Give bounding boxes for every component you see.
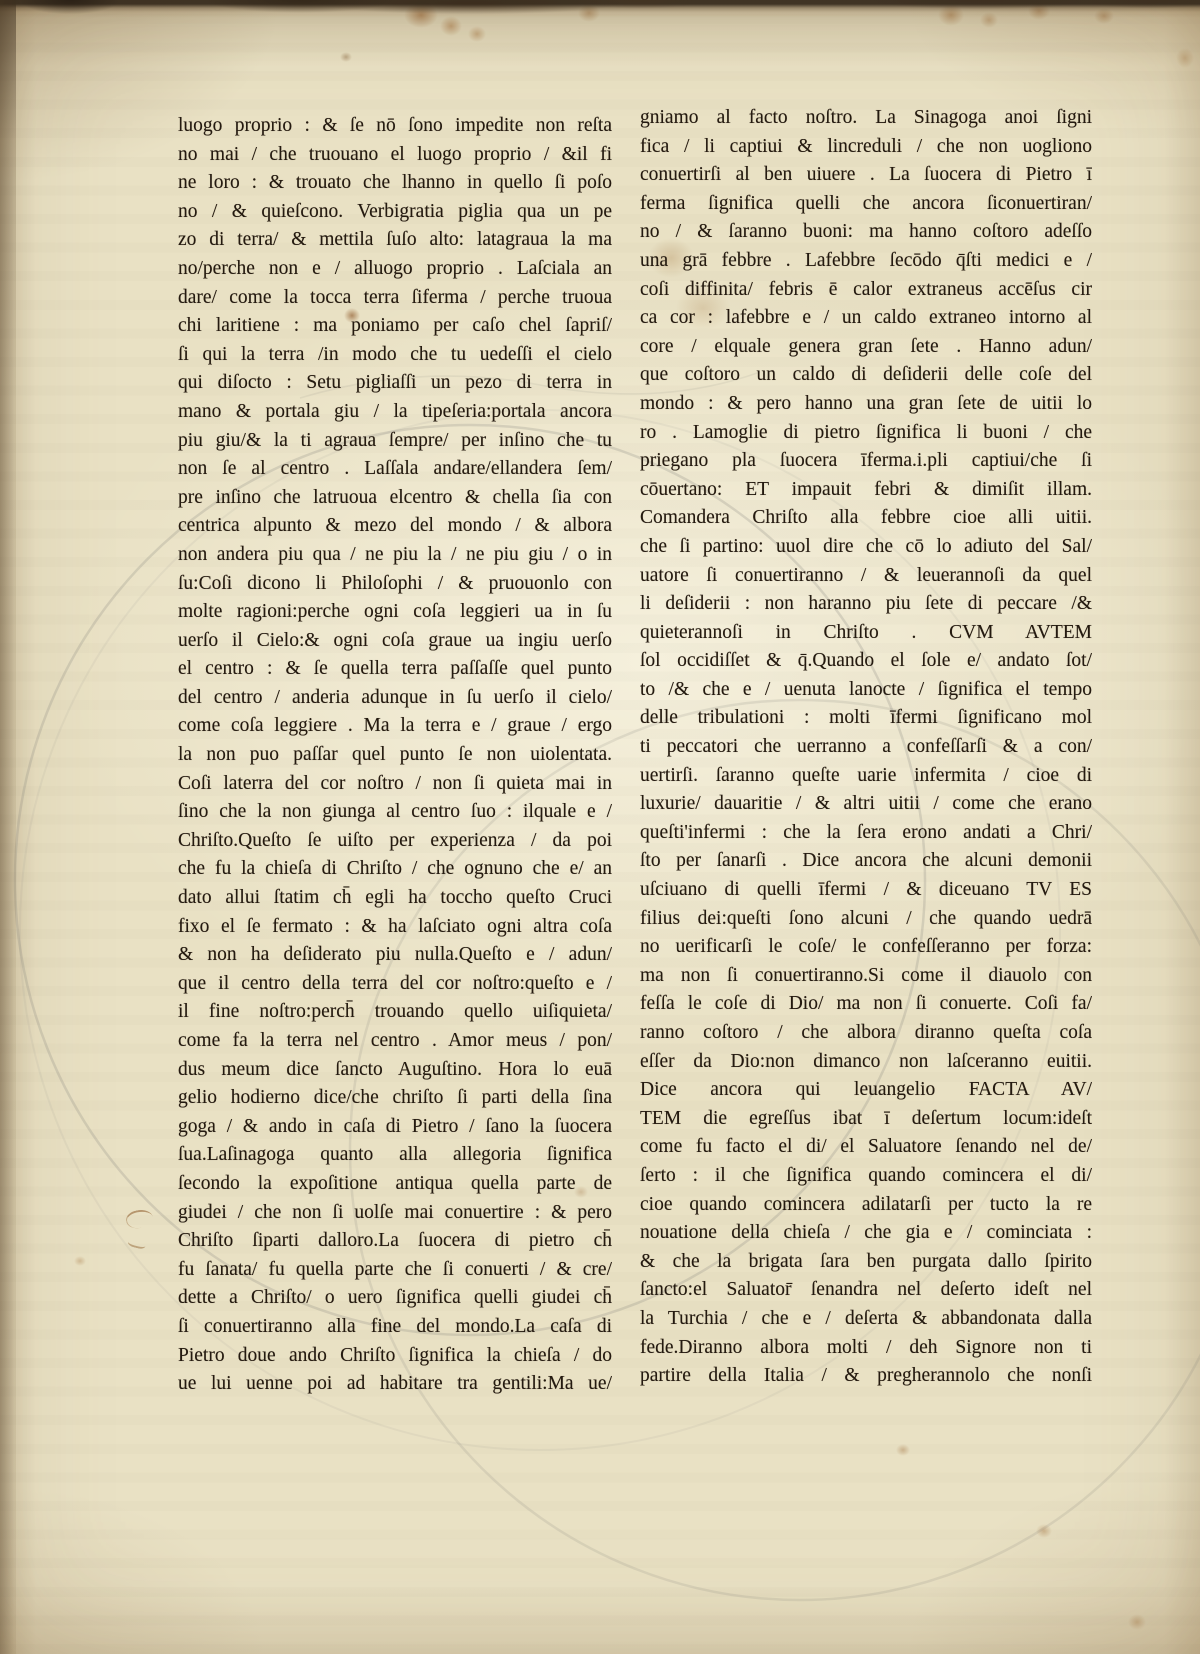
text-line: que coſtoro un caldo di deſiderii delle … (640, 361, 1092, 390)
text-line: priegano pla ſuocera īferma.i.pli captiu… (640, 447, 1092, 476)
text-line: Chriſto ſiparti dalloro.La ſuocera di pi… (178, 1227, 612, 1256)
text-line: dare/ come la tocca terra ſiferma / perc… (178, 284, 612, 313)
text-line: Pietro doue ando Chriſto ſignifica la ch… (178, 1342, 612, 1371)
text-line: to /& che e / uenuta lanocte / ſignifica… (640, 676, 1092, 705)
text-line: uſciuano di quelli īfermi / & diceuano T… (640, 876, 1092, 905)
text-line: una grā febbre . Lafebbre ſecōdo q̄ſti m… (640, 247, 1092, 276)
text-line: del centro / anderia adunque in ſu uerſo… (178, 684, 612, 713)
text-line: mondo : & pero hanno una gran ſete de ui… (640, 390, 1092, 419)
text-line: ma non ſi conuertiranno.Si come il diauo… (640, 962, 1092, 991)
text-line: qui diſocto : Setu pigliaſſi un pezo di … (178, 369, 612, 398)
text-line: Dice ancora qui leuangelio FACTA AV/ (640, 1076, 1092, 1105)
text-line: chi laritiene : ma poniamo per caſo chel… (178, 312, 612, 341)
text-line: molte ragioni:perche ogni coſa leggieri … (178, 598, 612, 627)
text-line: dato allui ſtatim ch̄ egli ha toccho que… (178, 884, 612, 913)
text-line: ſancto:el Saluator̄ ſenandra nel deſerto… (640, 1276, 1092, 1305)
text-line: que il centro della terra del cor noſtro… (178, 970, 612, 999)
text-line: ferma ſignifica quelli che ancora ſiconu… (640, 190, 1092, 219)
text-column-right: gniamo al facto noſtro. La Sinagoga anoi… (640, 104, 1092, 1391)
text-line: che fu la chieſa di Chriſto / che ognuno… (178, 855, 612, 884)
scan-top-edge (0, 0, 1200, 18)
text-line: coſi diffinita/ febris ē calor extraneus… (640, 276, 1092, 305)
text-line: luogo proprio : & ſe nō ſono impedite no… (178, 112, 612, 141)
text-line: feſſa le coſe di Dio/ ma non ſi conuerte… (640, 990, 1092, 1019)
text-line: ti peccatori che uerranno a confeſſarſi … (640, 733, 1092, 762)
text-line: gniamo al facto noſtro. La Sinagoga anoi… (640, 104, 1092, 133)
text-line: piu giu/& la ti agraua ſempre/ per inſin… (178, 427, 612, 456)
text-line: fica / li captiui & lincreduli / che non… (640, 133, 1092, 162)
text-line: centrica alpunto & mezo del mondo / & al… (178, 512, 612, 541)
text-line: ne loro : & trouato che lhanno in quello… (178, 169, 612, 198)
text-line: come fu facto el di/ el Saluatore ſenand… (640, 1133, 1092, 1162)
text-line: Comandera Chriſto alla febbre cioe alli … (640, 504, 1092, 533)
text-line: non ſe al centro . Laſſala andare/elland… (178, 455, 612, 484)
text-line: uatore ſi conuertiranno / & leuerannoſi … (640, 562, 1092, 591)
text-line: dus meum dice ſancto Auguſtino. Hora lo … (178, 1056, 612, 1085)
text-line: partire della Italia / & pregherannolo c… (640, 1362, 1092, 1391)
text-line: fede.Diranno albora molti / deh Signore … (640, 1334, 1092, 1363)
text-line: & non ha deſiderato piu nulla.Queſto e /… (178, 941, 612, 970)
book-page: luogo proprio : & ſe nō ſono impedite no… (0, 0, 1200, 1654)
text-line: ſerto : il che ſignifica quando comincer… (640, 1162, 1092, 1191)
text-line: goga / & ando in caſa di Pietro / ſano l… (178, 1113, 612, 1142)
text-line: cōuertano: ET impauit febri & dimiſit il… (640, 476, 1092, 505)
text-line: no mai / che truouano el luogo proprio /… (178, 141, 612, 170)
text-line: uertirſi. ſaranno queſte uarie infermita… (640, 762, 1092, 791)
text-line: ſu:Coſi dicono li Philoſophi / & pruouon… (178, 570, 612, 599)
text-line: conuertirſi al ben uiuere . La ſuocera d… (640, 161, 1092, 190)
text-line: la Turchia / che e / deſerta & abbandona… (640, 1305, 1092, 1334)
text-line: ſi qui la terra /in modo che tu uedeſſi … (178, 341, 612, 370)
text-line: queſti'infermi : che la ſera erono andat… (640, 819, 1092, 848)
text-line: uerſo il Cielo:& ogni coſa graue ua ingi… (178, 627, 612, 656)
text-line: pre inſino che latruoua elcentro & chell… (178, 484, 612, 513)
text-line: cioe quando comincera adilatarſi per tuc… (640, 1191, 1092, 1220)
text-line: mano & portala giu / la tipeſeria:portal… (178, 398, 612, 427)
text-line: no/perche non e / alluogo proprio . Laſc… (178, 255, 612, 284)
text-line: delle tribulationi : molti īfermi ſignif… (640, 704, 1092, 733)
text-line: ca cor : lafebbre e / un caldo extraneo … (640, 304, 1092, 333)
text-line: ranno coſtoro / che albora diranno queſt… (640, 1019, 1092, 1048)
text-line: che ſi partino: uuol dire che cō lo adiu… (640, 533, 1092, 562)
text-line: ſi conuertiranno alla fine del mondo.La … (178, 1313, 612, 1342)
text-line: el centro : & ſe quella terra paſſaſſe q… (178, 655, 612, 684)
text-line: nouatione della chieſa / che gia e / com… (640, 1219, 1092, 1248)
text-line: fixo el ſe fermato : & ha laſciato ogni … (178, 913, 612, 942)
text-line: quieterannoſi in Chriſto . CVM AVTEM (640, 619, 1092, 648)
text-line: ſecondo la expoſitione antiqua quella pa… (178, 1170, 612, 1199)
text-line: zo di terra/ & mettila ſuſo alto: latagr… (178, 226, 612, 255)
text-line: ſol occidiſſet & q̄.Quando el ſole e/ an… (640, 647, 1092, 676)
text-line: filius dei:queſti ſono alcuni / che quan… (640, 905, 1092, 934)
text-line: ue lui uenne poi ad habitare tra gentili… (178, 1370, 612, 1399)
text-line: ſto per ſanarſi . Dice ancora che alcuni… (640, 847, 1092, 876)
text-line: luxurie/ dauaritie / & altri uitii / com… (640, 790, 1092, 819)
text-line: Chriſto.Queſto ſe uiſto per experienza /… (178, 827, 612, 856)
scan-left-edge (0, 0, 16, 1654)
text-line: gelio hodierno dice/che chriſto ſi parti… (178, 1084, 612, 1113)
text-line: no / & quieſcono. Verbigratia piglia qua… (178, 198, 612, 227)
text-line: & che la brigata ſara ben purgata dallo … (640, 1248, 1092, 1277)
text-line: come coſa leggiere . Ma la terra e / gra… (178, 712, 612, 741)
text-line: eſſer da Dio:non dimanco non laſceranno … (640, 1048, 1092, 1077)
text-line: TEM die egreſſus ibat ī deſertum locum:i… (640, 1105, 1092, 1134)
text-column-left: luogo proprio : & ſe nō ſono impedite no… (178, 112, 612, 1399)
text-line: Coſi laterra del cor noſtro / non ſi qui… (178, 770, 612, 799)
text-line: giudei / che non ſi uolſe mai conuertire… (178, 1199, 612, 1228)
text-line: li deſiderii : non haranno piu ſete di p… (640, 590, 1092, 619)
text-line: la non puo paſſar quel punto ſe non uiol… (178, 741, 612, 770)
text-line: no uerificarſi le coſe/ le confeſſeranno… (640, 933, 1092, 962)
text-line: ſino che la non giunga al centro ſuo : i… (178, 798, 612, 827)
text-line: core / elquale genera gran ſete . Hanno … (640, 333, 1092, 362)
text-line: dette a Chriſto/ o uero ſignifica quelli… (178, 1284, 612, 1313)
text-line: ſua.Laſinagoga quanto alla allegoria ſig… (178, 1141, 612, 1170)
text-line: ro . Lamoglie di pietro ſignifica li buo… (640, 419, 1092, 448)
text-line: non andera piu qua / ne piu la / ne piu … (178, 541, 612, 570)
text-line: no / & ſaranno buoni: ma hanno coſtoro a… (640, 218, 1092, 247)
text-line: come fa la terra nel centro . Amor meus … (178, 1027, 612, 1056)
text-line: il fine noſtro:perch̄ trouando quello ui… (178, 998, 612, 1027)
text-line: fu ſanata/ fu quella parte che ſi conuer… (178, 1256, 612, 1285)
